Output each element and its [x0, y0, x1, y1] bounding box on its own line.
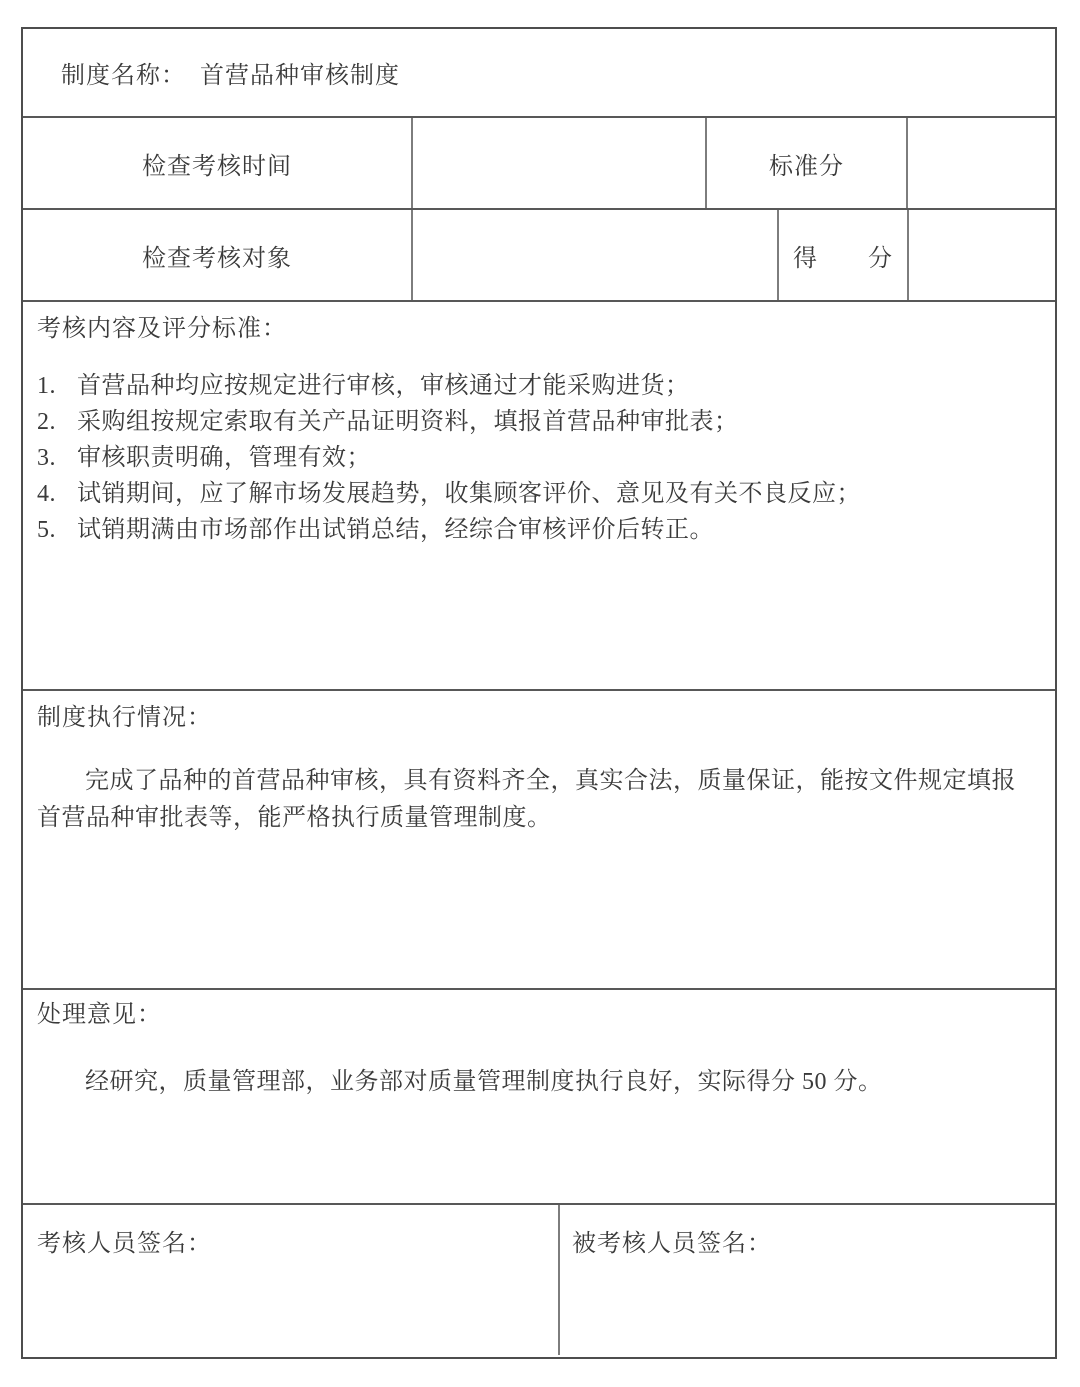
item-text: 采购组按规定索取有关产品证明资料，填报首营品种审批表； [77, 404, 739, 440]
assessment-criteria-section: 考核内容及评分标准： 1. 首营品种均应按规定进行审核，审核通过才能采购进货； … [23, 300, 1055, 689]
assessor-signature-label: 考核人员签名： [37, 1223, 212, 1258]
list-item: 4. 试销期间，应了解市场发展趋势，收集顾客评价、意见及有关不良反应； [37, 476, 1041, 512]
title-label: 制度名称： [61, 55, 186, 90]
signature-row: 考核人员签名： 被考核人员签名： [23, 1203, 1055, 1355]
inspection-time-label-cell: 检查考核时间 [23, 118, 411, 208]
obtained-score-value-cell [907, 210, 1055, 300]
standard-score-label-cell: 标准分 [705, 118, 906, 208]
execution-status-section: 制度执行情况： 完成了品种的首营品种审核，具有资料齐全，真实合法，质量保证，能按… [23, 689, 1055, 988]
assessee-signature-cell: 被考核人员签名： [558, 1205, 1055, 1355]
list-item: 2. 采购组按规定索取有关产品证明资料，填报首营品种审批表； [37, 404, 1041, 440]
assessment-form-table: 制度名称： 首营品种审核制度 检查考核时间 标准分 检查考核对象 得 分 [21, 27, 1057, 1359]
inspection-target-label: 检查考核对象 [142, 238, 292, 273]
inspection-time-row: 检查考核时间 标准分 [23, 116, 1055, 208]
assessment-criteria-list: 1. 首营品种均应按规定进行审核，审核通过才能采购进货； 2. 采购组按规定索取… [37, 368, 1041, 548]
assessee-signature-label: 被考核人员签名： [572, 1223, 772, 1258]
list-item: 5. 试销期满由市场部作出试销总结，经综合审核评价后转正。 [37, 512, 1041, 548]
handling-opinion-body: 经研究，质量管理部，业务部对质量管理制度执行良好，实际得分 50 分。 [37, 1064, 1041, 1101]
inspection-target-row: 检查考核对象 得 分 [23, 208, 1055, 300]
execution-body-line: 完成了品种的首营品种审核，具有资料齐全，真实合法，质量保证，能按文件规定填报 [37, 763, 1041, 800]
obtained-score-label: 得 分 [793, 238, 893, 273]
item-number: 3. [37, 440, 77, 476]
standard-score-value-cell [906, 118, 1055, 208]
item-number: 5. [37, 512, 77, 548]
inspection-time-label: 检查考核时间 [142, 146, 292, 181]
inspection-target-value-cell [411, 210, 777, 300]
assessor-signature-cell: 考核人员签名： [23, 1205, 558, 1355]
standard-score-label: 标准分 [769, 146, 844, 181]
item-number: 4. [37, 476, 77, 512]
item-number: 2. [37, 404, 77, 440]
obtained-score-label-cell: 得 分 [777, 210, 907, 300]
execution-status-body: 完成了品种的首营品种审核，具有资料齐全，真实合法，质量保证，能按文件规定填报 首… [37, 763, 1041, 837]
item-text: 试销期间，应了解市场发展趋势，收集顾客评价、意见及有关不良反应； [77, 476, 861, 512]
item-text: 审核职责明确，管理有效； [77, 440, 371, 476]
item-number: 1. [37, 368, 77, 404]
title-value: 首营品种审核制度 [200, 55, 400, 90]
list-item: 3. 审核职责明确，管理有效； [37, 440, 1041, 476]
inspection-time-value-cell [411, 118, 705, 208]
execution-body-line: 首营品种审批表等，能严格执行质量管理制度。 [37, 800, 1041, 837]
item-text: 首营品种均应按规定进行审核，审核通过才能采购进货； [77, 368, 690, 404]
item-text: 试销期满由市场部作出试销总结，经综合审核评价后转正。 [77, 512, 714, 548]
list-item: 1. 首营品种均应按规定进行审核，审核通过才能采购进货； [37, 368, 1041, 404]
inspection-target-label-cell: 检查考核对象 [23, 210, 411, 300]
handling-opinion-heading: 处理意见： [37, 1000, 1041, 1030]
assessment-criteria-heading: 考核内容及评分标准： [37, 314, 1041, 344]
execution-status-heading: 制度执行情况： [37, 703, 1041, 733]
title-row: 制度名称： 首营品种审核制度 [23, 29, 1055, 116]
handling-opinion-section: 处理意见： 经研究，质量管理部，业务部对质量管理制度执行良好，实际得分 50 分… [23, 988, 1055, 1203]
